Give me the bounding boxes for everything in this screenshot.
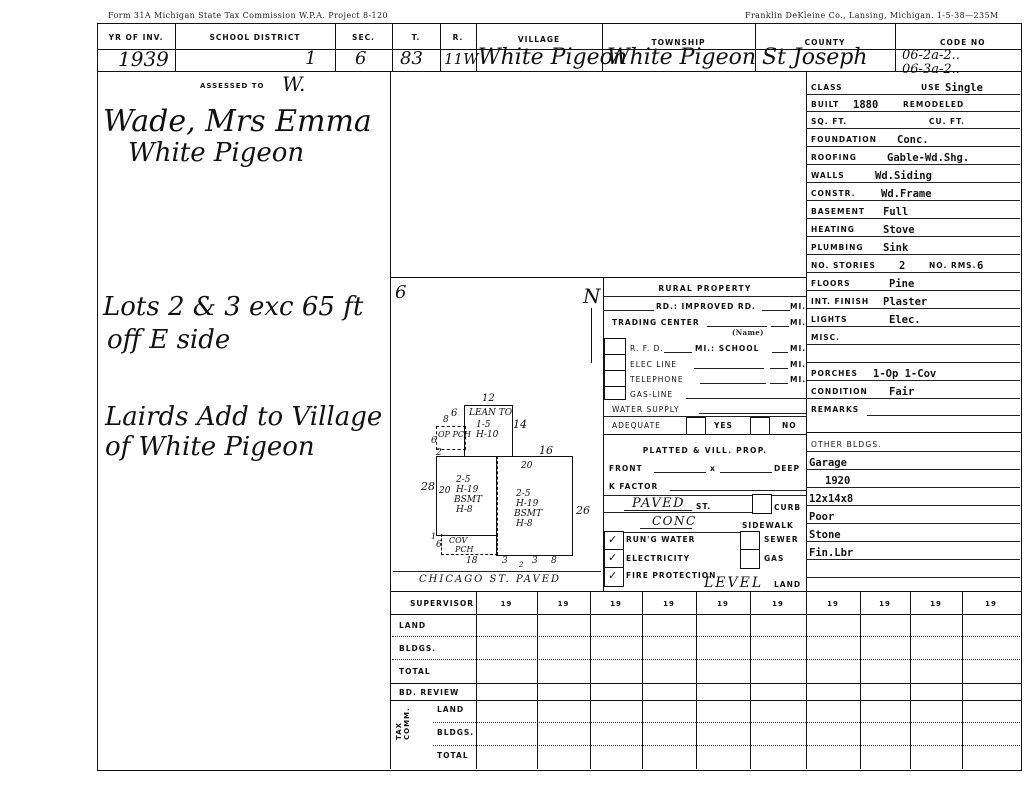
value-r: 11W [444,50,479,68]
legal-description-line4: of White Pigeon [105,432,315,462]
other-bldg-line: Garage [809,457,847,469]
value-stories: 2 [899,260,905,272]
checkbox-gas-line[interactable] [604,386,626,400]
checkbox-water-not-adequate[interactable] [750,417,770,435]
value-village: White Pigeon [478,45,627,70]
value-land: LEVEL [704,575,763,591]
label-assessed-to: ASSESSED TO [200,82,265,90]
value-sec: 6 [355,48,366,69]
north-arrow-icon: N [583,284,601,308]
value-yr-of-inv: 1939 [118,47,169,71]
value-lights: Elec. [889,314,921,326]
year-header: 19 [642,600,696,608]
sketch-lot-number: 6 [395,282,406,303]
property-sketch: 6 N 12 14 6 LEAN TO 1-5 H-10 8 OP PCH 6 … [391,278,603,590]
value-roofing: Gable-Wd.Shg. [887,152,969,164]
value-heating: Stove [883,224,915,236]
checkbox-electricity[interactable]: ✓ [604,549,624,569]
platted-village-panel: PLATTED & VILL. PROP. FRONT x DEEP K FAC… [604,435,806,591]
other-bldg-line: 1920 [825,475,850,487]
printer-imprint: Franklin DeKleine Co., Lansing, Michigan… [745,11,999,20]
value-school-district: 1 [305,48,316,69]
year-header: 19 [537,600,590,608]
label-sec: SEC. [335,33,392,42]
label-t: T. [392,33,440,42]
year-header: 19 [962,600,1020,608]
label-code-no: CODE NO [940,38,986,47]
label-tc-total: TOTAL [437,751,469,760]
year-header: 19 [910,600,962,608]
assessed-owner-name: Wade, Mrs Emma [103,104,372,139]
sketch-street-label: CHICAGO ST. PAVED [419,574,561,585]
checkbox-curb[interactable] [752,494,772,514]
year-header: 19 [860,600,910,608]
value-porches: 1-Op 1-Cov [873,368,936,380]
label-tc-bldgs: BLDGS. [437,728,474,737]
label-tax-comm: TAX COMM. [395,696,411,740]
value-t: 83 [400,48,423,69]
year-header: 19 [750,600,806,608]
other-buildings-panel: OTHER BLDGS. Garage 1920 12x14x8 Poor St… [807,433,1020,591]
legal-description-line3: Lairds Add to Village [105,402,382,432]
label-yr-of-inv: YR OF INV. [97,33,175,42]
label-land: LAND [399,621,426,630]
legal-description-line1: Lots 2 & 3 exc 65 ft [103,292,363,322]
year-header: 19 [696,600,750,608]
checkbox-gas[interactable] [740,549,760,569]
other-bldg-line: Poor [809,511,834,523]
label-tc-land: LAND [437,705,464,714]
checkbox-sewer[interactable] [740,531,760,551]
other-bldg-line: 12x14x8 [809,493,853,505]
value-rooms: 6 [977,260,983,272]
year-header: 19 [476,600,537,608]
value-constr: Wd.Frame [881,188,932,200]
label-total: TOTAL [399,667,431,676]
value-int-finish: Plaster [883,296,927,308]
building-details-panel: CLASS USE Single BUILT 1880 REMODELED SQ… [807,72,1020,434]
value-floors: Pine [889,278,914,290]
year-header: 19 [806,600,860,608]
value-foundation: Conc. [897,134,929,146]
value-plumbing: Sink [883,242,908,254]
checkbox-water-adequate[interactable] [686,417,706,435]
value-sidewalk: CONC [652,514,697,528]
value-county: St Joseph [762,45,868,70]
rural-title: RURAL PROPERTY [604,284,806,293]
legal-description-line2: off E side [107,325,230,355]
assessed-owner-city: White Pigeon [128,138,304,168]
label-r: R. [440,33,476,42]
value-street: PAVED [632,496,685,511]
value-basement: Full [883,206,908,218]
other-bldg-line: Fin.Lbr [809,547,853,559]
value-code-no-1: 06-2a-2.. [902,48,960,63]
value-walls: Wd.Siding [875,170,932,182]
value-condition: Fair [889,386,914,398]
label-supervisor: SUPERVISOR [410,599,474,608]
year-header: 19 [590,600,642,608]
value-township: White Pigeon [607,45,756,70]
other-bldg-line: Stone [809,529,841,541]
label-village: VILLAGE [476,35,602,44]
checkbox-running-water[interactable]: ✓ [604,531,624,551]
label-school-district: SCHOOL DISTRICT [175,33,335,42]
assessed-initials: W. [282,72,305,96]
label-bldgs: BLDGS. [399,644,436,653]
checkbox-fire-protection[interactable]: ✓ [604,567,624,587]
form-identifier: Form 31A Michigan State Tax Commission W… [108,11,388,20]
rural-property-panel: RURAL PROPERTY RD.: IMPROVED RD. MI. TRA… [604,278,806,434]
